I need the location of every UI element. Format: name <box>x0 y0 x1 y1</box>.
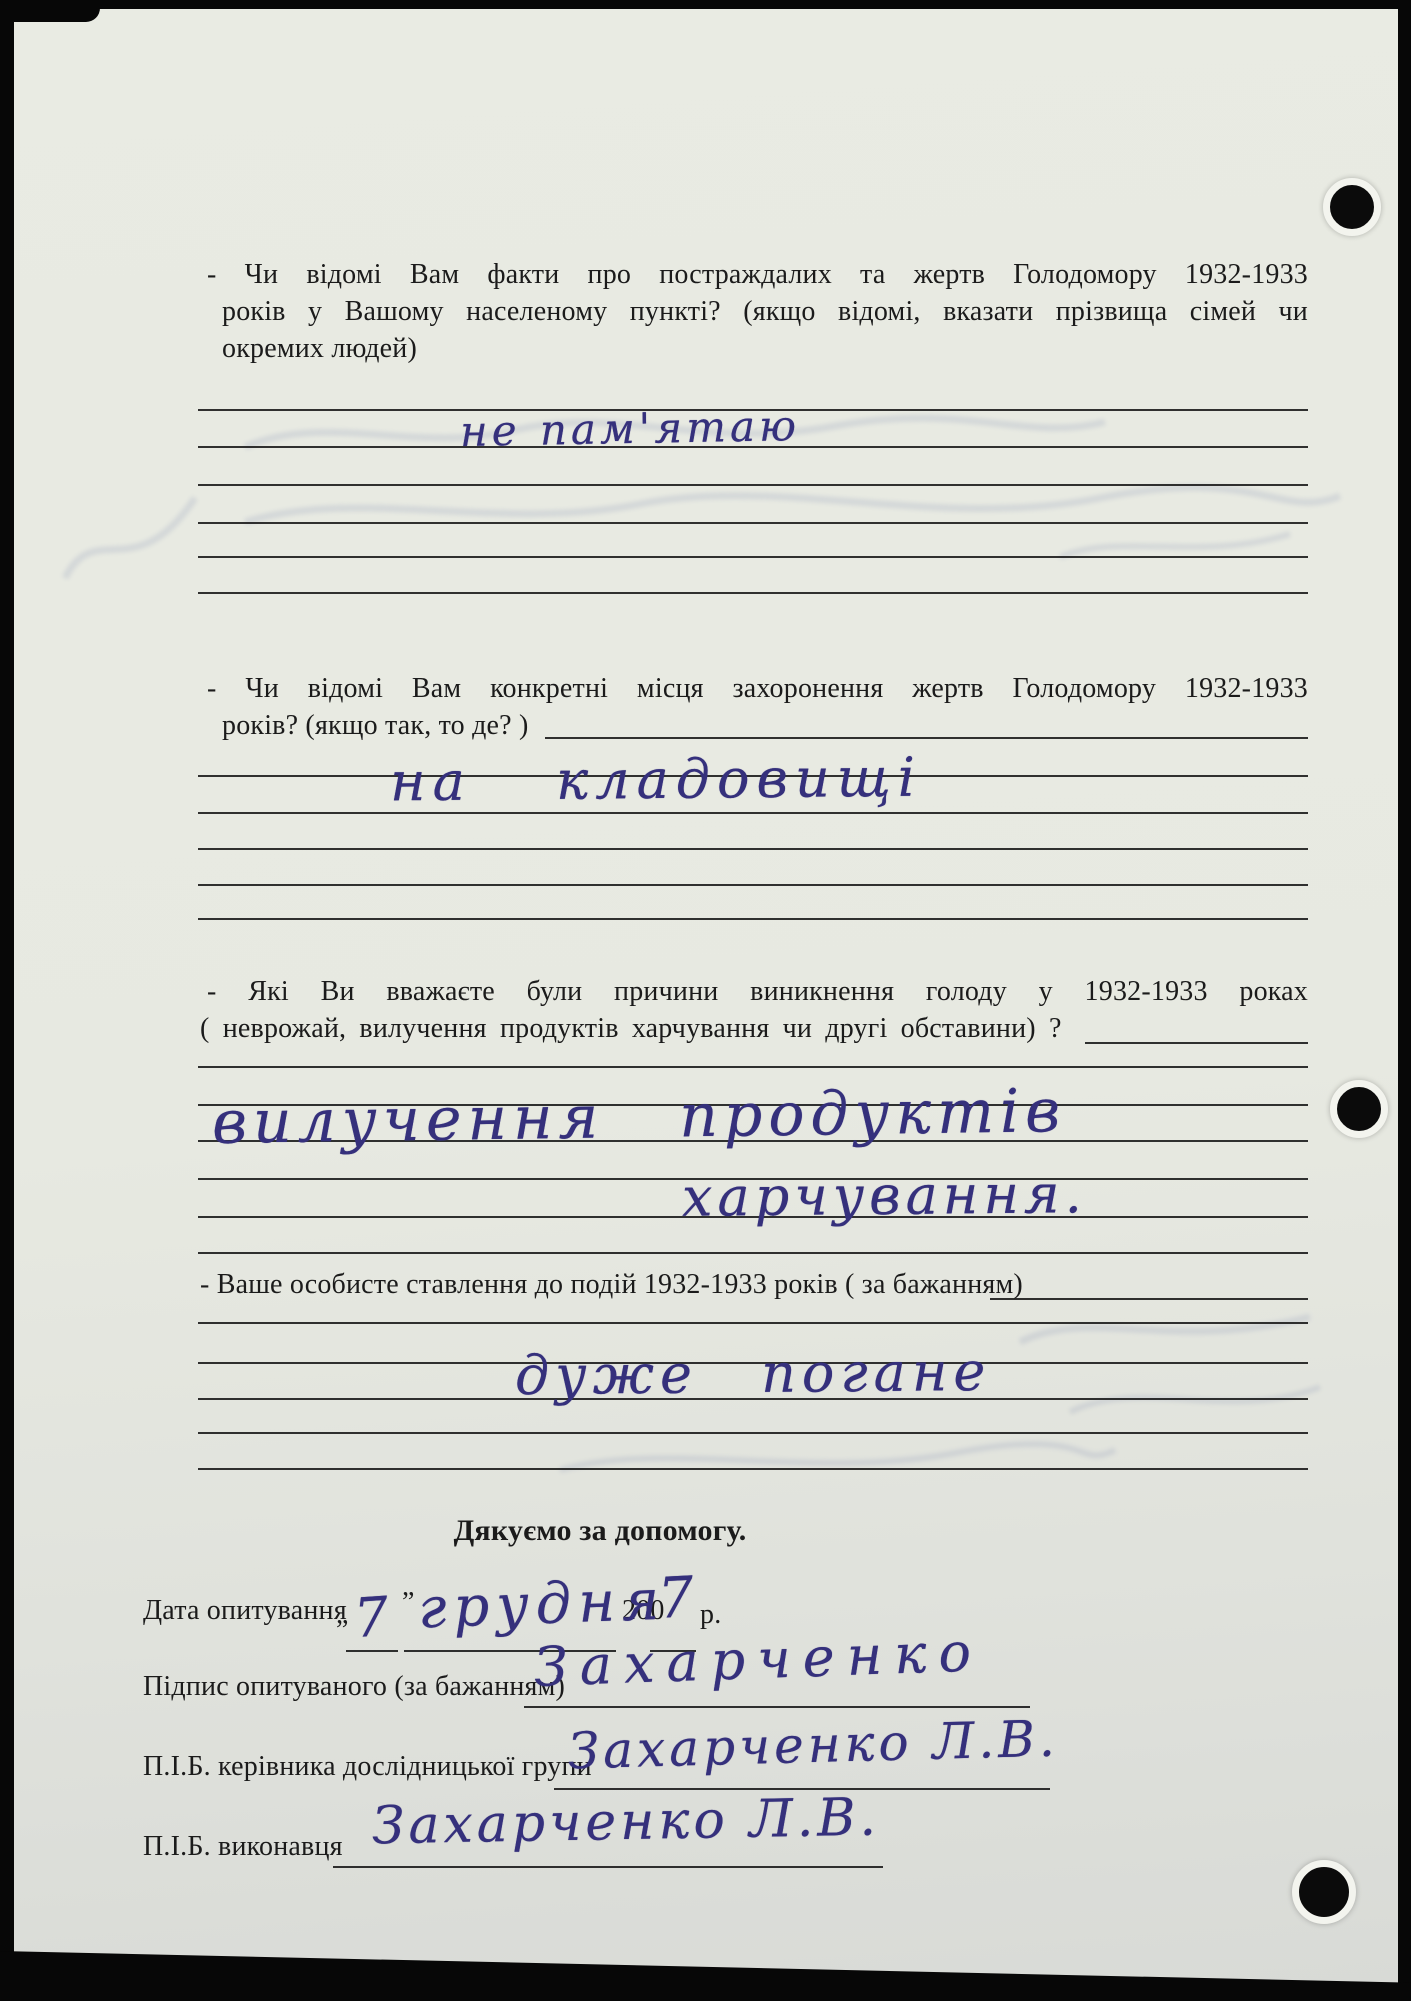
answer-line <box>198 848 1308 850</box>
question1-line1: - Чи відомі Вам факти про постраждалих т… <box>207 256 1308 293</box>
question1-line3: окремих людей) <box>222 330 417 367</box>
question4-line1: - Ваше особисте ставлення до подій 1932-… <box>200 1266 1023 1303</box>
year-suffix: р. <box>700 1596 721 1633</box>
answer-line <box>198 1432 1308 1434</box>
hole-punch <box>1330 1080 1388 1138</box>
quote-open: „ <box>336 1596 349 1633</box>
scan-edge-left <box>0 0 14 2001</box>
handwritten-leader-name: Захарченко Л.В. <box>567 1710 1059 1781</box>
bleed-through-mark <box>55 478 205 608</box>
scanned-questionnaire-page: - Чи відомі Вам факти про постраждалих т… <box>0 0 1411 2001</box>
answer-line <box>198 1322 1308 1324</box>
question2-line2: років? (якщо так, то де? ) <box>222 707 529 744</box>
hole-punch <box>1323 178 1381 236</box>
question3-line2: ( неврожай, вилучення продуктів харчуван… <box>200 1010 1062 1047</box>
signature-label: Підпис опитуваного (за бажанням) <box>143 1668 565 1705</box>
answer-line <box>198 1252 1308 1254</box>
handwritten-answer2: на кладовищі <box>390 746 923 814</box>
inline-blank-line <box>545 737 1308 739</box>
question3-line1: - Які Ви вважаєте були причини виникненн… <box>207 973 1308 1010</box>
bleed-through-mark <box>555 1425 1125 1495</box>
leader-label: П.І.Б. керівника дослідницької групи <box>143 1748 592 1785</box>
answer-line <box>198 884 1308 886</box>
date-day-line <box>346 1650 398 1652</box>
scan-edge-right <box>1398 0 1411 2001</box>
answer-line <box>198 1468 1308 1470</box>
date-label: Дата опитування <box>143 1592 347 1629</box>
quote-close: ” <box>402 1584 415 1621</box>
handwritten-executor-name: Захарченко Л.В. <box>372 1788 881 1857</box>
inline-blank-line <box>1085 1042 1308 1044</box>
scan-edge-top-left <box>0 0 100 22</box>
executor-label: П.І.Б. виконавця <box>143 1828 343 1865</box>
answer-line <box>198 1066 1308 1068</box>
answer-line <box>198 918 1308 920</box>
answer-line <box>198 556 1308 558</box>
handwritten-answer1: не пам'ятаю <box>460 401 801 456</box>
answer-line <box>198 592 1308 594</box>
executor-line <box>333 1866 883 1868</box>
handwritten-answer4: дуже погане <box>515 1340 992 1407</box>
thanks-text: Дякуємо за допомогу. <box>420 1512 780 1549</box>
inline-blank-line <box>990 1298 1308 1300</box>
hole-punch <box>1292 1860 1356 1924</box>
scan-edge-bottom <box>0 1940 1411 2001</box>
handwritten-answer3-line2: харчування. <box>682 1162 1087 1229</box>
handwritten-date-month: грудня <box>417 1568 667 1642</box>
scan-edge-top <box>0 0 1411 9</box>
handwritten-date-year-digit: 7 <box>656 1565 695 1632</box>
answer-line <box>198 484 1308 486</box>
handwritten-answer3-line1: вилучення продуктів <box>212 1076 1067 1158</box>
answer-line <box>198 812 1308 814</box>
handwritten-date-day: 7 <box>352 1585 391 1650</box>
question2-line1: - Чи відомі Вам конкретні місця захороне… <box>207 670 1308 707</box>
signature-line <box>524 1706 1030 1708</box>
question1-line2: років у Вашому населеному пункті? (якщо … <box>222 293 1308 330</box>
answer-line <box>198 522 1308 524</box>
